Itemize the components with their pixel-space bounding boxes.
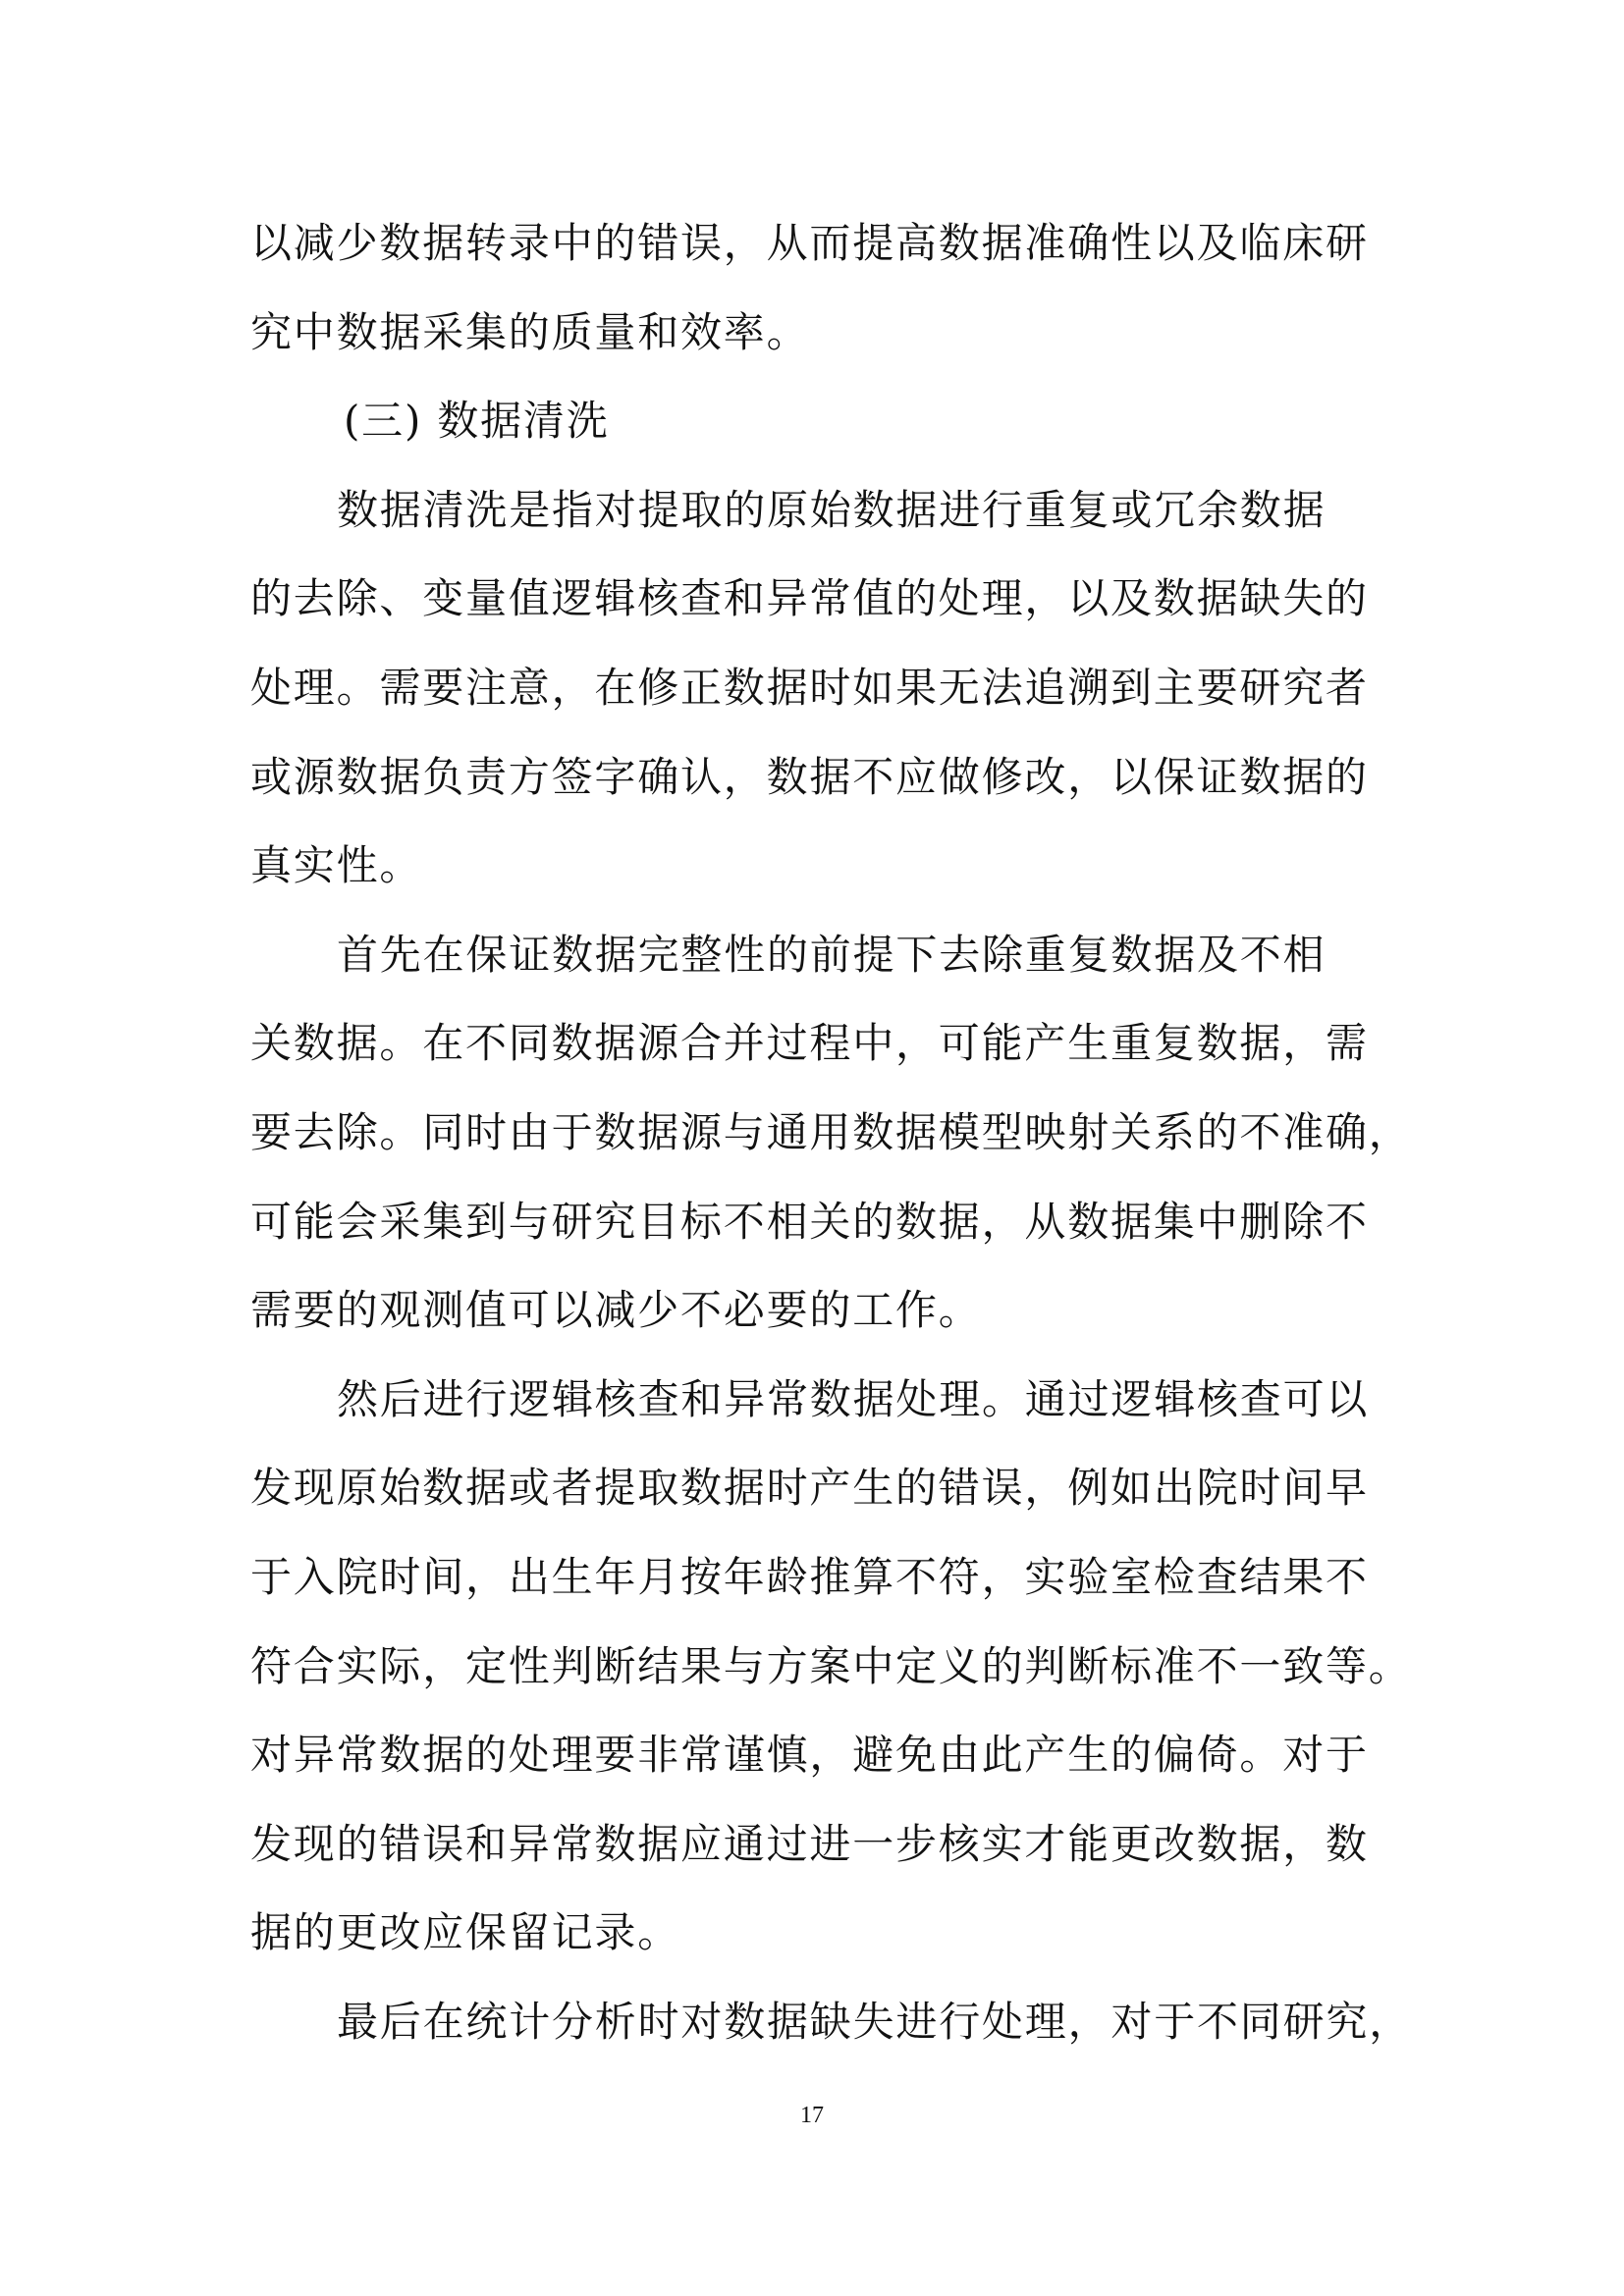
paragraph-start: 数据清洗是指对提取的原始数据进行重复或冗余数据: [250, 475, 1380, 564]
text-line: 真实性。: [250, 830, 1380, 920]
text-line: 关数据。在不同数据源合并过程中，可能产生重复数据，需: [250, 1008, 1380, 1097]
text-line: 发现的错误和异常数据应通过进一步核实才能更改数据，数: [250, 1809, 1380, 1898]
text-line: 可能会采集到与研究目标不相关的数据，从数据集中删除不: [250, 1187, 1380, 1276]
text-line: 究中数据采集的质量和效率。: [250, 297, 1380, 387]
text-line: 或源数据负责方签字确认，数据不应做修改，以保证数据的: [250, 742, 1380, 831]
text-line: 据的更改应保留记录。: [250, 1897, 1380, 1987]
text-line: 以减少数据转录中的错误，从而提高数据准确性以及临床研: [250, 208, 1380, 297]
text-line: 对异常数据的处理要非常谨慎，避免由此产生的偏倚。对于: [250, 1720, 1380, 1809]
paragraph-start: 首先在保证数据完整性的前提下去除重复数据及不相: [250, 920, 1380, 1009]
page-number: 17: [0, 2103, 1624, 2129]
document-page: 以减少数据转录中的错误，从而提高数据准确性以及临床研 究中数据采集的质量和效率。…: [0, 0, 1624, 2296]
text-line: 需要的观测值可以减少不必要的工作。: [250, 1275, 1380, 1364]
body-text: 以减少数据转录中的错误，从而提高数据准确性以及临床研 究中数据采集的质量和效率。…: [250, 208, 1380, 2075]
text-line: 要去除。同时由于数据源与通用数据模型映射关系的不准确，: [250, 1097, 1380, 1187]
text-line: 于入院时间，出生年月按年龄推算不符，实验室检查结果不: [250, 1542, 1380, 1631]
text-line: 符合实际，定性判断结果与方案中定义的判断标准不一致等。: [250, 1631, 1380, 1721]
paragraph-start: 最后在统计分析时对数据缺失进行处理，对于不同研究，: [250, 1987, 1380, 2076]
text-line: 发现原始数据或者提取数据时产生的错误，例如出院时间早: [250, 1453, 1380, 1542]
text-line: 处理。需要注意，在修正数据时如果无法追溯到主要研究者: [250, 653, 1380, 742]
paragraph-start: 然后进行逻辑核查和异常数据处理。通过逻辑核查可以: [250, 1364, 1380, 1454]
section-heading: (三) 数据清洗: [250, 386, 1380, 475]
text-line: 的去除、变量值逻辑核查和异常值的处理，以及数据缺失的: [250, 563, 1380, 653]
